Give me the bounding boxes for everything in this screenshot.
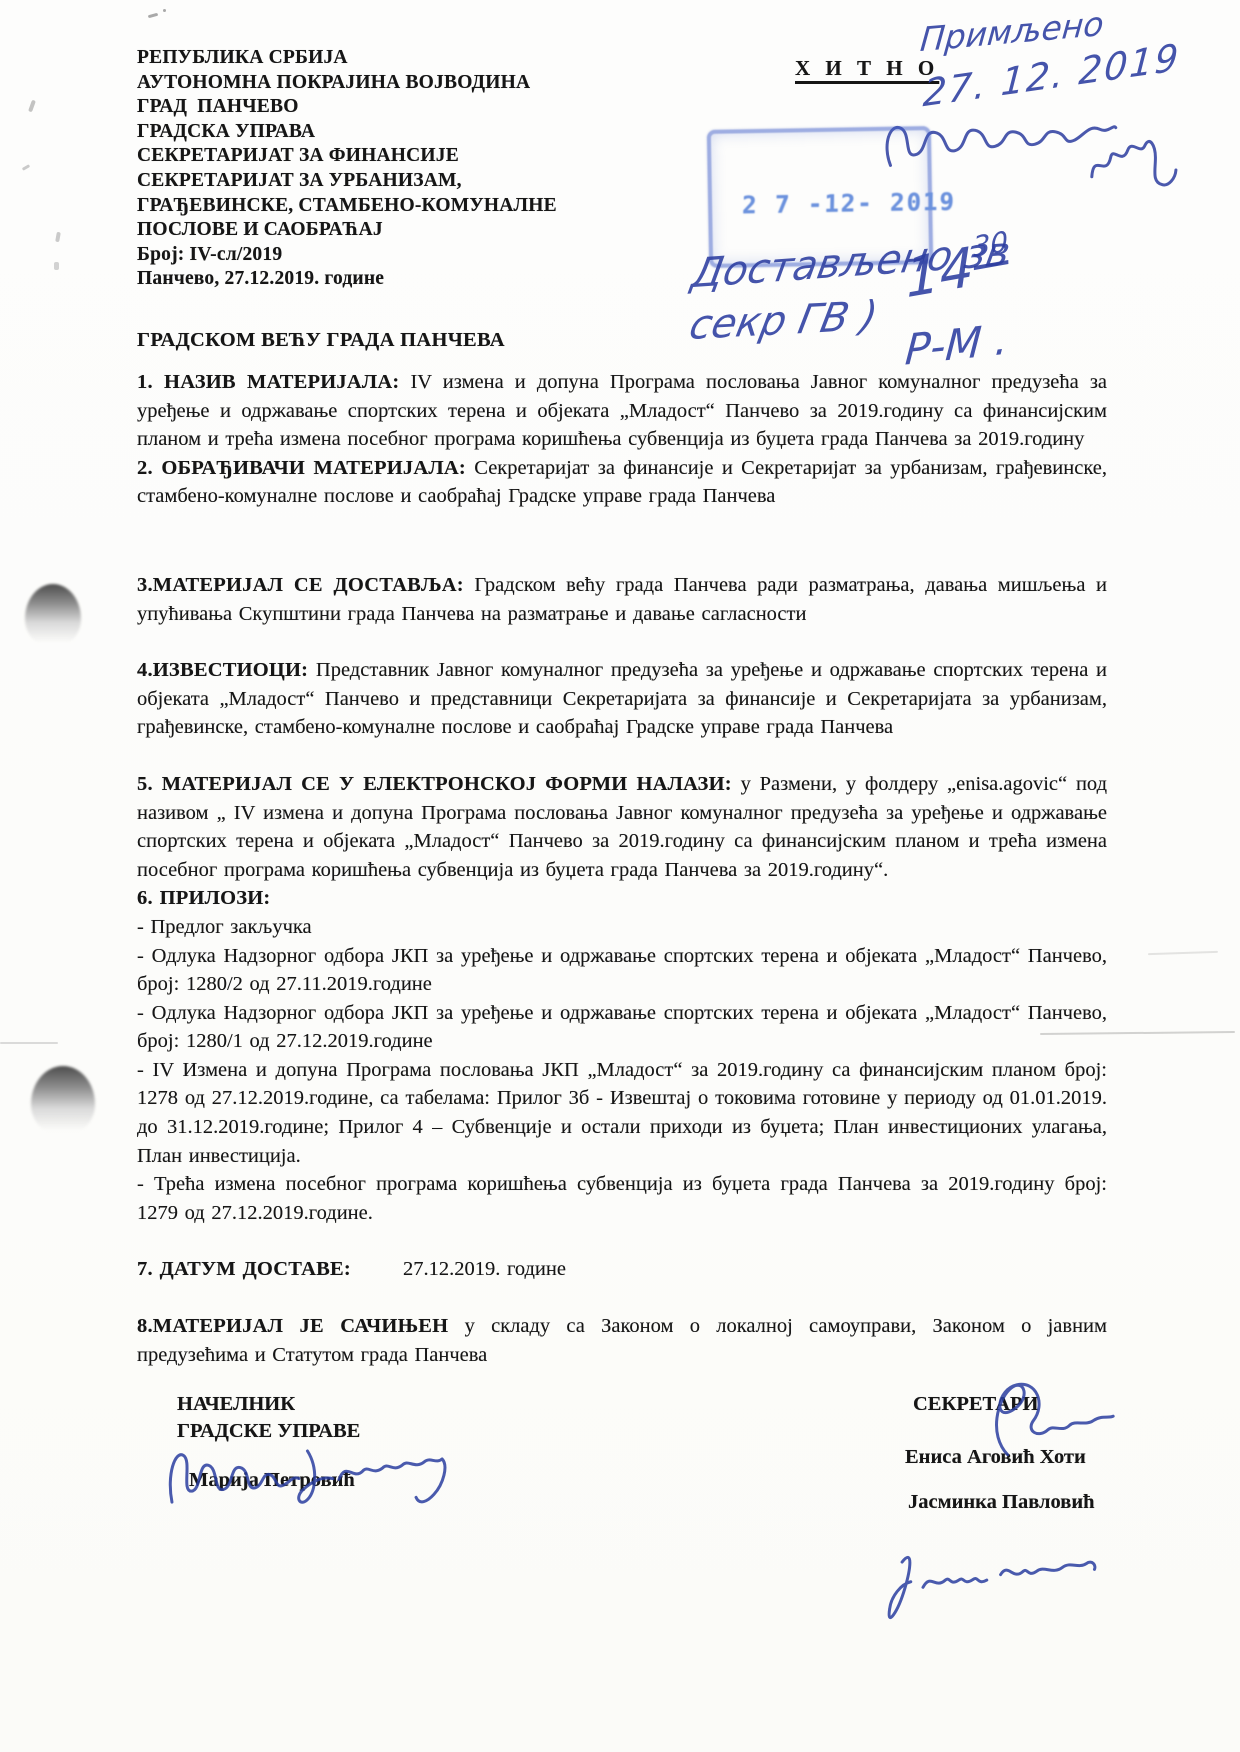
- section-3-paragraph: 3.МАТЕРИЈАЛ СЕ ДОСТАВЉА: Градском већу г…: [137, 571, 1107, 628]
- section-8-paragraph: 8.МАТЕРИЈАЛ ЈЕ САЧИЊЕН у складу са Закон…: [137, 1312, 1107, 1369]
- letterhead-line-city: ГРАД ПАНЧЕВО: [137, 95, 697, 120]
- letterhead-line-province: АУТОНОМНА ПОКРАЈИНА ВОЈВОДИНА: [137, 71, 697, 96]
- letterhead-line-traffic: ПОСЛОВЕ И САОБРАЋАЈ: [137, 218, 697, 243]
- attachment-item: - Одлука Надзорног одбора ЈКП за уређење…: [137, 999, 1107, 1056]
- section-2-paragraph: 2. ОБРАЂИВАЧИ МАТЕРИЈАЛА: Секретаријат з…: [137, 454, 1107, 511]
- scan-speck: [54, 262, 59, 270]
- letterhead-line-republic: РЕПУБЛИКА СРБИЈА: [137, 46, 697, 71]
- letterhead-line-cityadmin: ГРАДСКА УПРАВА: [137, 120, 697, 145]
- section-7-label: 7. ДАТУМ ДОСТАВЕ:: [137, 1258, 351, 1280]
- scan-speck: [55, 232, 61, 243]
- section-5-paragraph: 5. МАТЕРИЈАЛ СЕ У ЕЛЕКТРОНСКОЈ ФОРМИ НАЛ…: [137, 770, 1107, 884]
- document-body: ГРАДСКОМ ВЕЋУ ГРАДА ПАНЧЕВА 1. НАЗИВ МАТ…: [137, 329, 1107, 1514]
- section-6-heading: 6. ПРИЛОЗИ:: [137, 884, 1107, 913]
- urgent-label: Х И Т Н О: [795, 56, 939, 81]
- letterhead-line-finance: СЕКРЕТАРИЈАТ ЗА ФИНАНСИЈЕ: [137, 144, 697, 169]
- attachment-item: - Предлог закључка: [137, 913, 1107, 942]
- scanned-document-page: РЕПУБЛИКА СРБИЈА АУТОНОМНА ПОКРАЈИНА ВОЈ…: [0, 0, 1240, 1752]
- delivery-time-hours: 14: [905, 235, 975, 311]
- document-number: Број: IV-сл/2019: [137, 243, 697, 268]
- signature-enisa-scribble: [942, 1371, 1117, 1463]
- scan-speck: [163, 9, 166, 12]
- delivery-time-minutes: 30: [972, 225, 1008, 271]
- attachment-item: - Одлука Надзорног одбора ЈКП за уређење…: [137, 942, 1107, 999]
- attachment-item: - Трећа измена посебног програма коришће…: [137, 1170, 1107, 1227]
- signature-marija-petrovic-scribble: [161, 1428, 455, 1533]
- section-7-paragraph: 7. ДАТУМ ДОСТАВЕ:27.12.2019. године: [137, 1255, 1107, 1284]
- scan-speck: [148, 13, 158, 18]
- letterhead-line-construction: ГРАЂЕВИНСКЕ, СТАМБЕНО-КОМУНАЛНЕ: [137, 194, 697, 219]
- signature-jasminka-scribble: [873, 1535, 1106, 1638]
- signer-left-title-line1: НАЧЕЛНИК: [177, 1391, 537, 1418]
- section-3-label: 3.МАТЕРИЈАЛ СЕ ДОСТАВЉА:: [137, 574, 464, 596]
- section-4-paragraph: 4.ИЗВЕСТИОЦИ: Представник Јавног комунал…: [137, 656, 1107, 742]
- letterhead-block: РЕПУБЛИКА СРБИЈА АУТОНОМНА ПОКРАЈИНА ВОЈ…: [137, 46, 697, 292]
- scan-speck: [22, 164, 30, 171]
- letterhead-line-urbanism: СЕКРЕТАРИЈАТ ЗА УРБАНИЗАМ,: [137, 169, 697, 194]
- section-8-label: 8.МАТЕРИЈАЛ ЈЕ САЧИЊЕН: [137, 1315, 448, 1337]
- received-paraph-scribble: [1077, 120, 1183, 205]
- section-2-label: 2. ОБРАЂИВАЧИ МАТЕРИЈАЛА:: [137, 457, 466, 479]
- section-1-paragraph: 1. НАЗИВ МАТЕРИЈАЛА: IV измена и допуна …: [137, 368, 1107, 454]
- date-stamp-date: 2 7 -12- 2019: [742, 188, 928, 219]
- section-6-label: 6. ПРИЛОЗИ:: [137, 887, 270, 909]
- signature-block-right: СЕКРЕТАРИ Ениса Аговић Хоти Јасминка Пав…: [767, 1391, 1107, 1514]
- section-5-label: 5. МАТЕРИЈАЛ СЕ У ЕЛЕКТРОНСКОЈ ФОРМИ НАЛ…: [137, 773, 732, 795]
- signature-block-left: НАЧЕЛНИК ГРАДСКЕ УПРАВЕ Марија Петровић: [177, 1391, 537, 1514]
- attachment-item: - IV Измена и допуна Програма пословања …: [137, 1056, 1107, 1170]
- section-7-date: 27.12.2019. године: [403, 1258, 566, 1280]
- section-4-label: 4.ИЗВЕСТИОЦИ:: [137, 659, 308, 681]
- signature-area: НАЧЕЛНИК ГРАДСКЕ УПРАВЕ Марија Петровић …: [137, 1391, 1107, 1514]
- scan-streak: [0, 1042, 58, 1044]
- scan-speck: [28, 100, 36, 113]
- scan-streak: [1148, 951, 1218, 955]
- addressee-heading: ГРАДСКОМ ВЕЋУ ГРАДА ПАНЧЕВА: [137, 329, 1107, 352]
- hole-punch-shadow-bottom: [31, 1066, 95, 1134]
- section-1-label: 1. НАЗИВ МАТЕРИЈАЛА:: [137, 371, 399, 393]
- signer-right-name2: Јасминка Павловић: [908, 1491, 1107, 1514]
- place-and-date: Панчево, 27.12.2019. године: [137, 267, 697, 292]
- hole-punch-shadow-top: [25, 584, 81, 646]
